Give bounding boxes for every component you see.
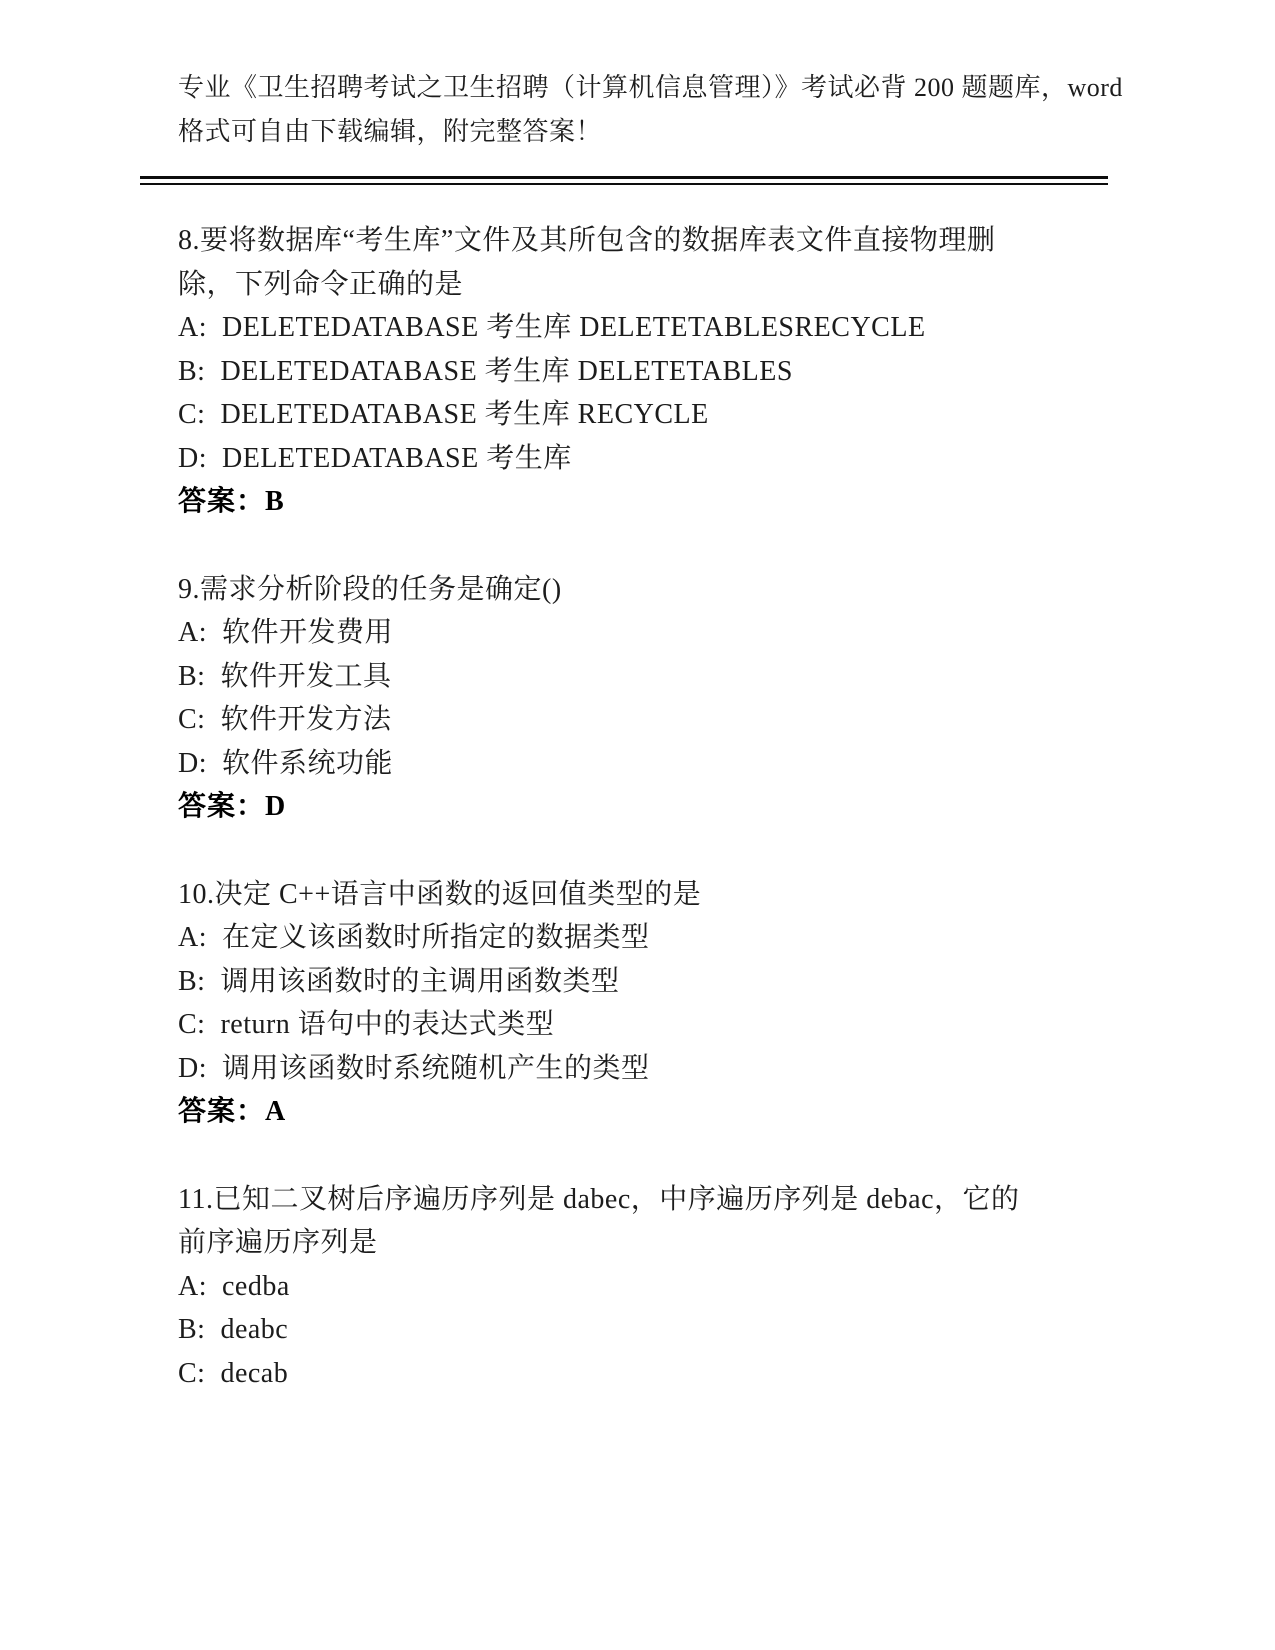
question-9: 9.需求分析阶段的任务是确定() A: 软件开发费用 B: 软件开发工具 C: … [178,568,1128,829]
question-8: 8.要将数据库“考生库”文件及其所包含的数据库表文件直接物理删 除，下列命令正确… [178,219,1128,524]
option-b: B: 软件开发工具 [178,655,1128,699]
option-a: A: 在定义该函数时所指定的数据类型 [178,916,1128,960]
question-11: 11.已知二叉树后序遍历序列是 dabec，中序遍历序列是 debac，它的 前… [178,1178,1128,1396]
answer-line: 答案：B [178,480,1128,524]
document-body: 8.要将数据库“考生库”文件及其所包含的数据库表文件直接物理删 除，下列命令正确… [178,219,1128,1395]
header-double-rule [140,176,1108,185]
option-b: B: DELETEDATABASE 考生库 DELETETABLES [178,350,1128,394]
option-b: B: 调用该函数时的主调用函数类型 [178,960,1128,1004]
option-c: C: return 语句中的表达式类型 [178,1003,1128,1047]
question-text-line: 8.要将数据库“考生库”文件及其所包含的数据库表文件直接物理删 [178,219,1128,263]
option-a: A: 软件开发费用 [178,611,1128,655]
question-text-line: 9.需求分析阶段的任务是确定() [178,568,1128,612]
option-c: C: decab [178,1352,1128,1396]
header-line: 专业《卫生招聘考试之卫生招聘（计算机信息管理）》考试必背 200 题题库，wor… [178,66,1128,110]
question-10: 10.决定 C++语言中函数的返回值类型的是 A: 在定义该函数时所指定的数据类… [178,873,1128,1134]
option-c: C: 软件开发方法 [178,698,1128,742]
option-a: A: cedba [178,1265,1128,1309]
question-text-line: 10.决定 C++语言中函数的返回值类型的是 [178,873,1128,917]
answer-line: 答案：D [178,785,1128,829]
option-d: D: 软件系统功能 [178,742,1128,786]
question-text-line: 除，下列命令正确的是 [178,263,1128,307]
option-c: C: DELETEDATABASE 考生库 RECYCLE [178,393,1128,437]
option-d: D: 调用该函数时系统随机产生的类型 [178,1047,1128,1091]
answer-line: 答案：A [178,1090,1128,1134]
option-b: B: deabc [178,1308,1128,1352]
option-a: A: DELETEDATABASE 考生库 DELETETABLESRECYCL… [178,306,1128,350]
question-text-line: 11.已知二叉树后序遍历序列是 dabec，中序遍历序列是 debac，它的 [178,1178,1128,1222]
option-d: D: DELETEDATABASE 考生库 [178,437,1128,481]
header-line: 格式可自由下载编辑，附完整答案！ [178,110,1128,154]
question-text-line: 前序遍历序列是 [178,1221,1128,1265]
document-header: 专业《卫生招聘考试之卫生招聘（计算机信息管理）》考试必背 200 题题库，wor… [178,66,1128,153]
document-page: 专业《卫生招聘考试之卫生招聘（计算机信息管理）》考试必背 200 题题库，wor… [0,0,1275,1650]
